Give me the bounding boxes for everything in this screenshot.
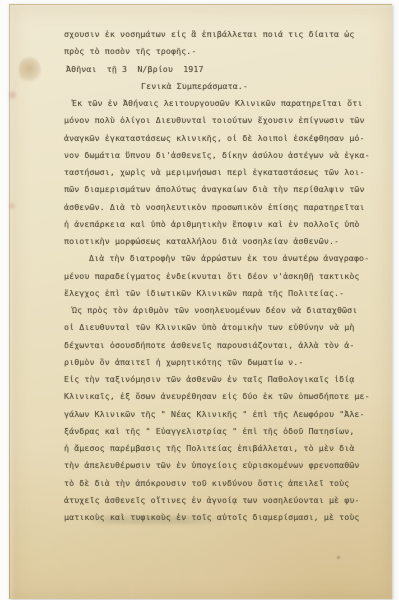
text-line: ξάνδρας καὶ τῆς " Εὐαγγελιστρίας " ἐπὶ τ…	[64, 423, 376, 440]
text-line: δέχωνται ὁσουσδήποτε ἀσθενεῖς παρουσιάζο…	[64, 337, 376, 354]
text-line: πῶν διαμερισμάτων ἀπολύτως ἀναγκαίων διὰ…	[64, 181, 376, 198]
text-line: ριθμὸν ὃν ἀπαιτεῖ ἡ χωρητικότης τῶν δωμα…	[64, 354, 376, 371]
text-line: ποιοτικὴν μορφώσεως καταλλήλου διὰ νοσηλ…	[64, 233, 376, 250]
text-line: τὴν ἀπελευθέρωσιν τῶν ἐν ὑπογείοις εὑρισ…	[64, 457, 376, 474]
dateline: Ἀθῆναι τῇ 3 Ν/βρίου 1917	[64, 61, 376, 78]
text-line: ἀτυχεῖς ἀσθενεῖς οἵτινες ἐν ἀγνοίᾳ των ν…	[64, 492, 376, 509]
text-line: ἔλεγχος ἐπὶ τῶν ἰδιωτικῶν Κλινικῶν παρὰ …	[64, 285, 376, 302]
text-line: ἀναγκῶν ἐγκαταστάσεως κλινικῆς, οἱ δὲ λο…	[64, 130, 376, 147]
text-line: ἡ ἀνεπάρκεια καὶ ὑπὸ ἀριθμητικὴν ἔποψιν …	[64, 216, 376, 233]
paper-stain-blot	[19, 57, 41, 83]
scan-background: σχουσιν ἐκ νοσημάτων εἰς ἃ ἐπιβάλλεται π…	[0, 0, 399, 600]
text-line: μένου παραδείγματος ἐνδείκνυται ὅτι δέον…	[64, 268, 376, 285]
text-line: νον δωμάτια ὕπνου δι'ἀσθενεῖς, δίκην ἀσύ…	[64, 147, 376, 164]
text-line: Κλινικαῖς, ἐξ ὅσων ἀνευρέθησαν εἰς δύο ἐ…	[64, 388, 376, 405]
text-line: τὸ δὲ διὰ τὴν ἀπόκρουσιν τοῦ κινδύνου ὅσ…	[64, 475, 376, 492]
text-line: ἀσθενῶν. Διὰ τὸ νοσηλευτικὸν προσωπικὸν …	[64, 199, 376, 216]
paper-stain-edge	[8, 89, 17, 101]
document-page: σχουσιν ἐκ νοσημάτων εἰς ἃ ἐπιβάλλεται π…	[9, 4, 392, 599]
paper-stain-edge	[8, 201, 16, 211]
text-line: Εἰς τὴν ταξινόμησιν τῶν ἀσθενῶν ἐν ταῖς …	[64, 371, 376, 388]
text-line: Διὰ τὴν διατροφὴν τῶν ἀρρώστων ἐκ του ἀν…	[64, 250, 376, 267]
paper-stain-dot	[336, 555, 341, 560]
text-line: ματικοὺς καὶ τυφικοὺς ἐν τοῖς αὐτοῖς δια…	[64, 509, 376, 526]
text-line: ταστήσωσι, χωρὶς νὰ μεριμνήσωσι περὶ ἐγκ…	[64, 164, 376, 181]
typewritten-text: σχουσιν ἐκ νοσημάτων εἰς ἃ ἐπιβάλλεται π…	[64, 26, 376, 526]
text-line: οἱ Διευθυνταὶ τῶν Κλινικῶν ὑπὸ ἀτομικὴν …	[64, 319, 376, 336]
section-heading: Γενικὰ Συμπεράσματα.-	[64, 78, 376, 95]
text-line: πρὸς τὸ ποσὸν τῆς τροφῆς.-	[64, 43, 376, 60]
text-line: Ὡς πρὸς τὸν ἀριθμὸν τῶν νοσηλευομένων δέ…	[64, 302, 376, 319]
text-line: σχουσιν ἐκ νοσημάτων εἰς ἃ ἐπιβάλλεται π…	[64, 26, 376, 43]
text-line: ἡ ἄμεσος παρέμβασις τῆς Πολιτείας ἐπιβάλ…	[64, 440, 376, 457]
text-line: γάλων Κλινικῶν τῆς " Νέας Κλινικῆς " ἐπὶ…	[64, 406, 376, 423]
text-line: Ἐκ τῶν ἐν Ἀθήναις λειτουργουσῶν Κλινικῶν…	[64, 95, 376, 112]
text-line: μόνον πολὺ ὀλίγοι Διευθυνταὶ τοιούτων ἔχ…	[64, 112, 376, 129]
